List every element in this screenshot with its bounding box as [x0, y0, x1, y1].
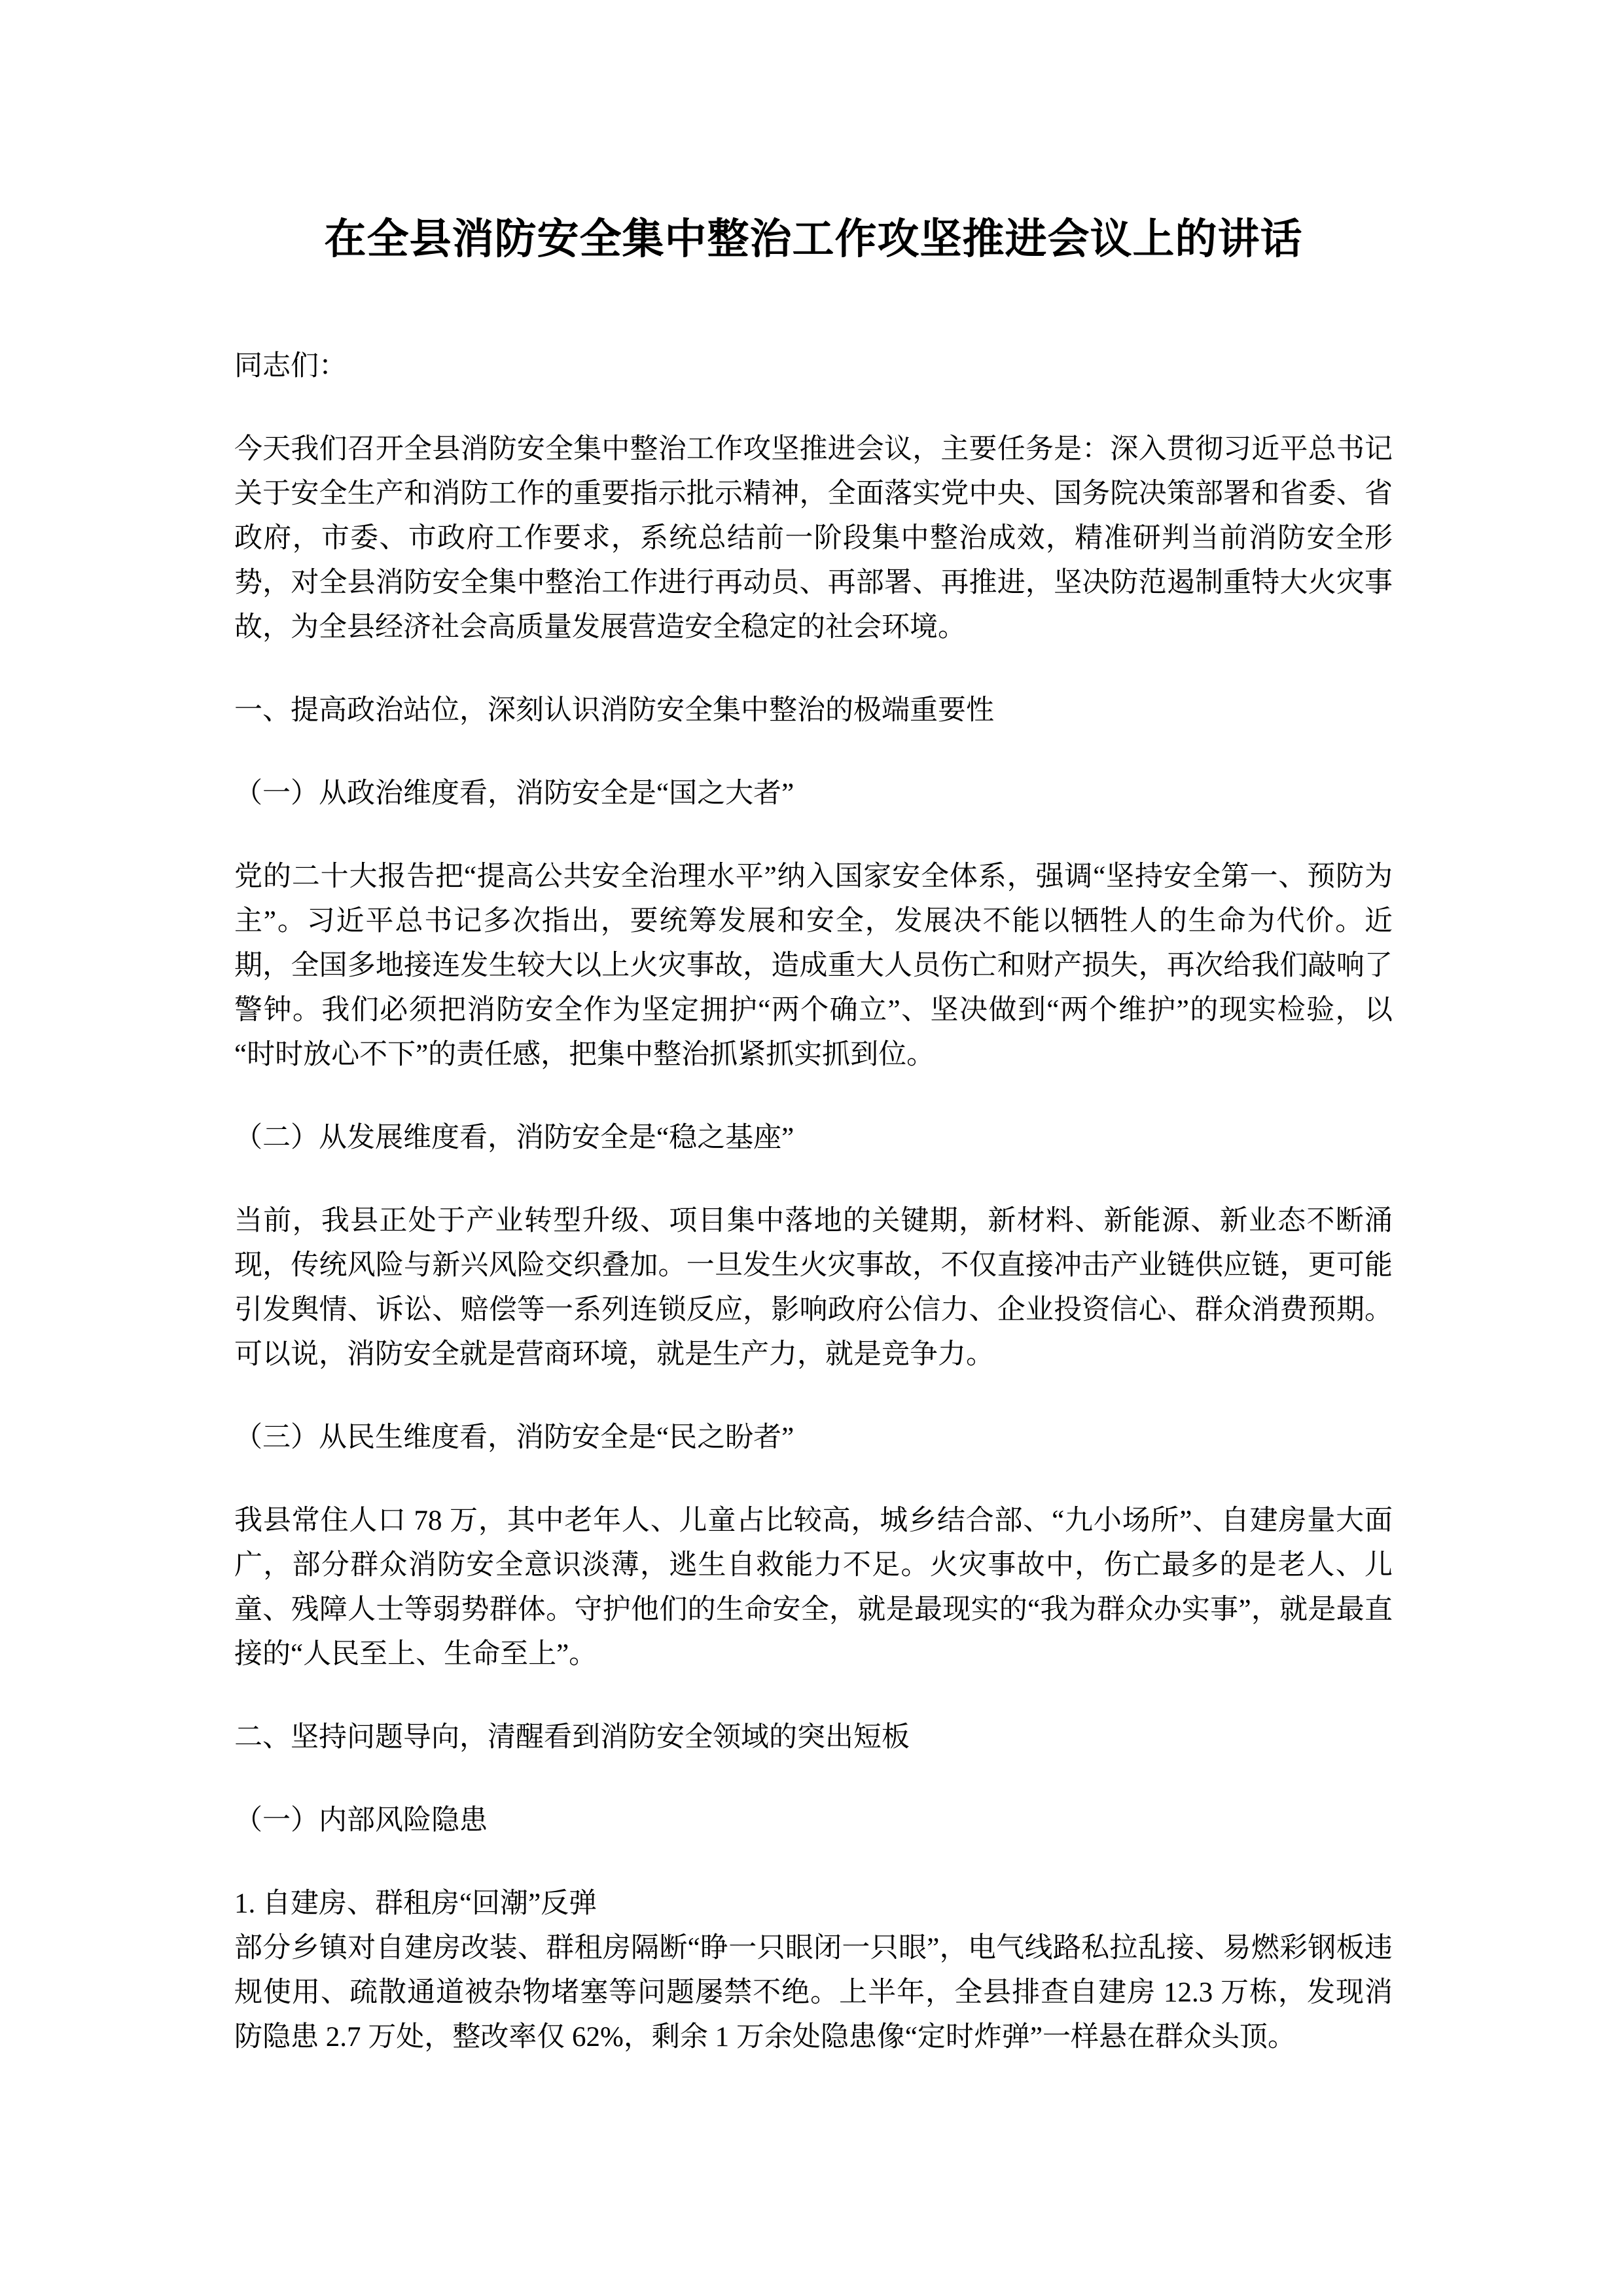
paragraph-opening: 今天我们召开全县消防安全集中整治工作攻坚推进会议，主要任务是：深入贯彻习近平总书… — [234, 427, 1393, 650]
paragraph-livelihood-dimension: 我县常住人口 78 万，其中老年人、儿童占比较高，城乡结合部、“九小场所”、自建… — [234, 1499, 1393, 1677]
document-content: 在全县消防安全集中整治工作攻坚推进会议上的讲话 同志们： 今天我们召开全县消防安… — [0, 0, 1623, 2296]
sub-section-heading-1-3: （三）从民生维度看，消防安全是“民之盼者” — [234, 1416, 1393, 1460]
sub-section-heading-2-1: （一）内部风险隐患 — [234, 1799, 1393, 1843]
sub-section-heading-1-2: （二）从发展维度看，消防安全是“稳之基座” — [234, 1116, 1393, 1160]
document-page: 在全县消防安全集中整治工作攻坚推进会议上的讲话 同志们： 今天我们召开全县消防安… — [0, 0, 1623, 2296]
item-heading-1: 1. 自建房、群租房“回潮”反弹 — [234, 1882, 1393, 1926]
paragraph-political-dimension: 党的二十大报告把“提高公共安全治理水平”纳入国家安全体系，强调“坚持安全第一、预… — [234, 855, 1393, 1077]
paragraph-self-built-housing: 部分乡镇对自建房改装、群租房隔断“睁一只眼闭一只眼”，电气线路私拉乱接、易燃彩钢… — [234, 1926, 1393, 2060]
salutation: 同志们： — [234, 344, 1393, 389]
section-heading-1: 一、提高政治站位，深刻认识消防安全集中整治的极端重要性 — [234, 689, 1393, 733]
document-title: 在全县消防安全集中整治工作攻坚推进会议上的讲话 — [234, 208, 1393, 271]
section-heading-2: 二、坚持问题导向，清醒看到消防安全领域的突出短板 — [234, 1715, 1393, 1760]
sub-section-heading-1-1: （一）从政治维度看，消防安全是“国之大者” — [234, 772, 1393, 816]
paragraph-development-dimension: 当前，我县正处于产业转型升级、项目集中落地的关键期，新材料、新能源、新业态不断涌… — [234, 1199, 1393, 1377]
